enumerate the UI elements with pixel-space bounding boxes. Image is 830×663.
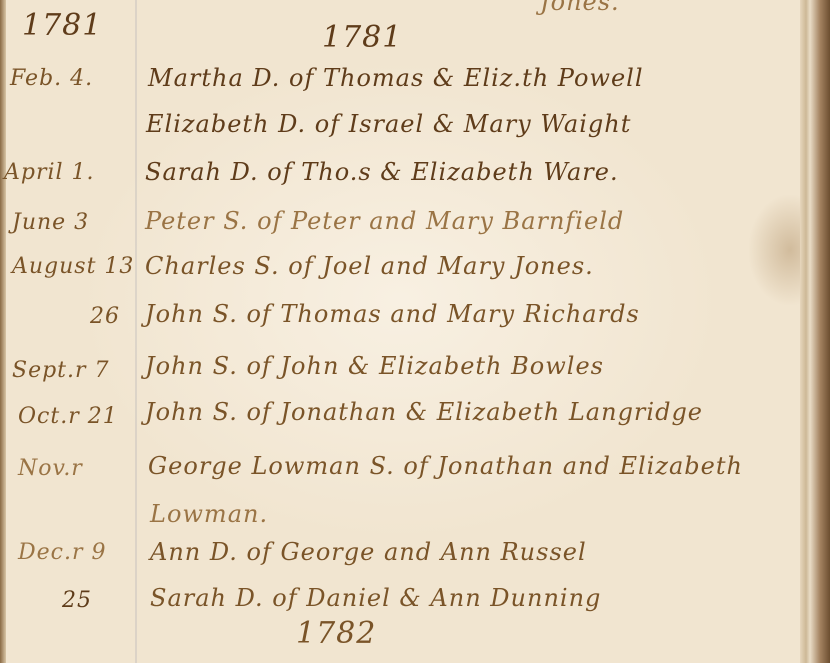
entry-text: John S. of Thomas and Mary Richards: [145, 300, 640, 328]
entry-date: April 1.: [4, 160, 95, 185]
register-page: 1781 Jones. 1781 Feb. 4. Martha D. of Th…: [0, 0, 830, 663]
entry-text: Elizabeth D. of Israel & Mary Waight: [146, 110, 631, 138]
entry-text: Sarah D. of Daniel & Ann Dunning: [150, 584, 601, 612]
entry-date: Sept.r 7: [12, 358, 110, 383]
entry-date: Oct.r 21: [18, 404, 118, 429]
page-left-edge: [0, 0, 6, 663]
entry-text: Sarah D. of Tho.s & Elizabeth Ware.: [145, 158, 619, 186]
entry-text: Peter S. of Peter and Mary Barnfield: [145, 207, 624, 235]
center-year: 1781: [322, 20, 402, 55]
margin-year: 1781: [22, 8, 102, 43]
entry-text: Martha D. of Thomas & Eliz.th Powell: [148, 64, 644, 92]
entry-date: August 13: [12, 254, 134, 279]
header-fragment: Jones.: [540, 0, 620, 16]
entry-continuation: Lowman.: [150, 500, 268, 528]
entry-text: George Lowman S. of Jonathan and Elizabe…: [148, 452, 743, 480]
entry-text: John S. of Jonathan & Elizabeth Langridg…: [145, 398, 703, 426]
entry-date: Dec.r 9: [18, 540, 106, 565]
entry-date: June 3: [12, 210, 89, 235]
entry-date: Feb. 4.: [10, 66, 93, 91]
entry-text: Ann D. of George and Ann Russel: [150, 538, 587, 566]
footer-year: 1782: [296, 616, 376, 651]
entry-text: Charles S. of Joel and Mary Jones.: [145, 252, 594, 280]
margin-rule: [135, 0, 137, 663]
entry-date: Nov.r: [18, 456, 83, 481]
entry-date: 25: [62, 588, 92, 613]
book-binding-gutter: [800, 0, 830, 663]
entry-date: 26: [90, 304, 120, 329]
entry-text: John S. of John & Elizabeth Bowles: [145, 352, 604, 380]
